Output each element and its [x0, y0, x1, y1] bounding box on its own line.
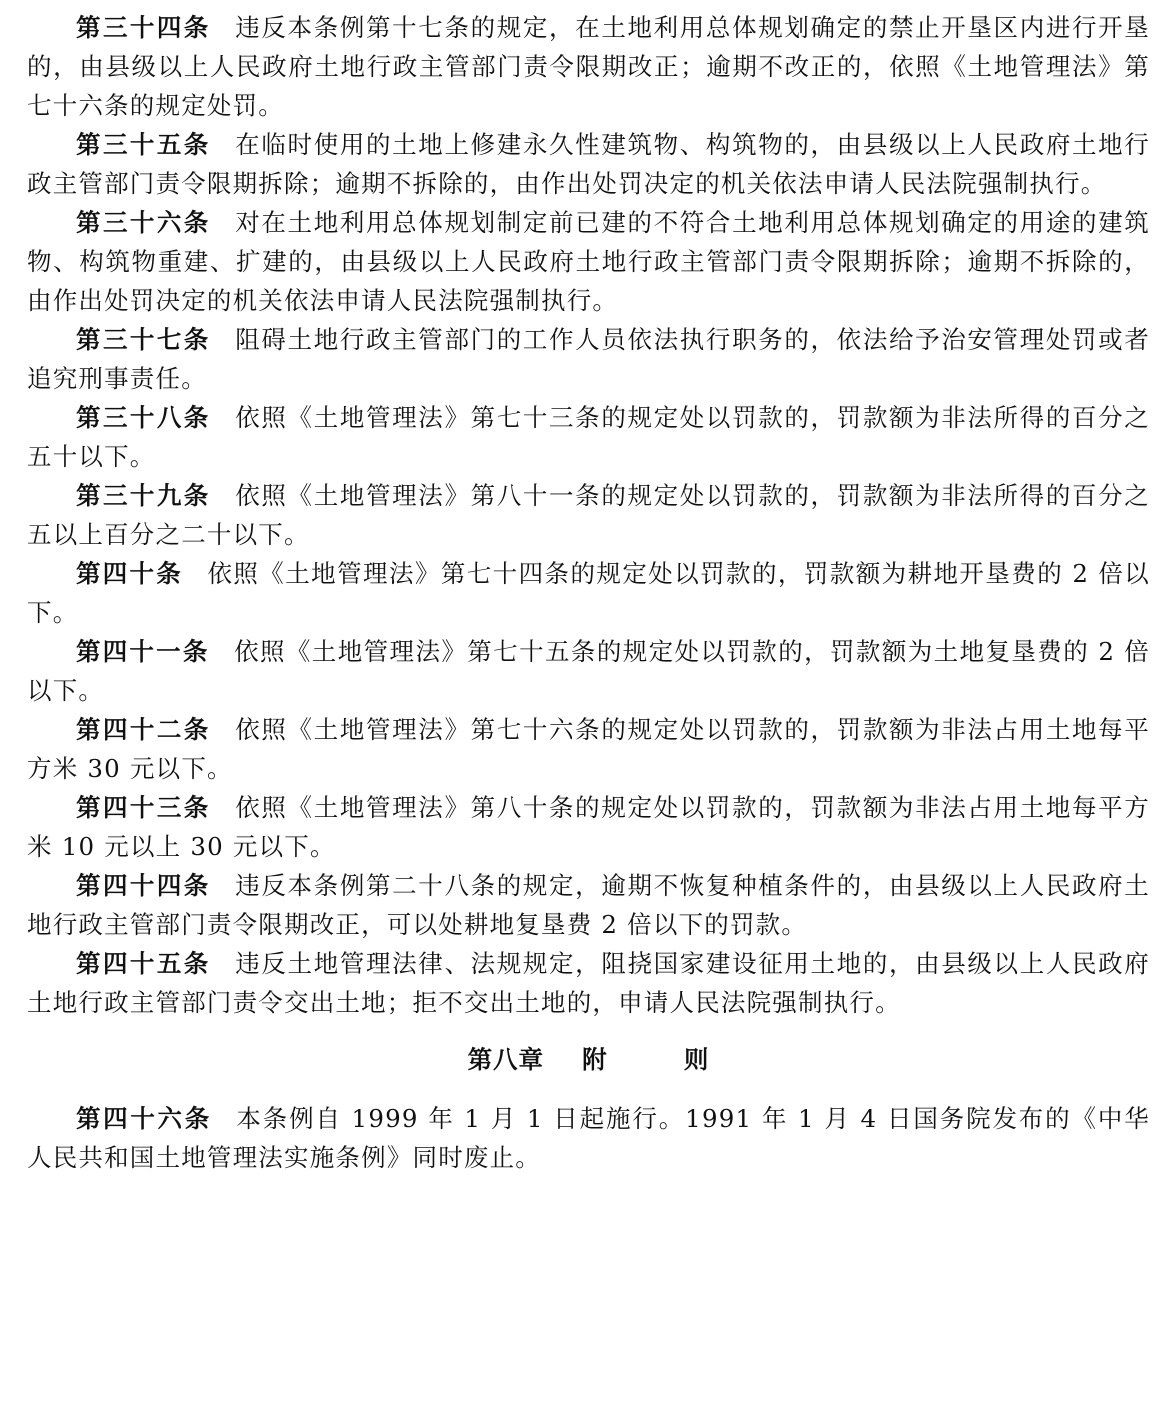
article-number: 第三十九条 [76, 481, 211, 510]
article-44: 第四十四条违反本条例第二十八条的规定，逾期不恢复种植条件的，由县级以上人民政府土… [27, 866, 1150, 944]
article-45: 第四十五条违反土地管理法律、法规规定，阻挠国家建设征用土地的，由县级以上人民政府… [27, 944, 1150, 1022]
article-number: 第四十五条 [76, 949, 211, 978]
article-text: 依照《土地管理法》第七十四条的规定处以罚款的，罚款额为耕地开垦费的 2 倍以下。 [27, 559, 1150, 627]
article-37: 第三十七条阻碍土地行政主管部门的工作人员依法执行职务的，依法给予治安管理处罚或者… [27, 320, 1150, 398]
article-number: 第四十二条 [76, 715, 211, 744]
document-page: 第三十四条违反本条例第十七条的规定，在土地利用总体规划确定的禁止开垦区内进行开垦… [0, 0, 1176, 1177]
article-number: 第三十八条 [76, 403, 211, 432]
article-36: 第三十六条对在土地利用总体规划制定前已建的不符合土地利用总体规划确定的用途的建筑… [27, 203, 1150, 320]
chapter-heading: 第八章 附 则 [27, 1040, 1150, 1079]
article-number: 第四十三条 [76, 793, 211, 822]
article-39: 第三十九条依照《土地管理法》第八十一条的规定处以罚款的，罚款额为非法所得的百分之… [27, 476, 1150, 554]
article-34: 第三十四条违反本条例第十七条的规定，在土地利用总体规划确定的禁止开垦区内进行开垦… [27, 8, 1150, 125]
article-number: 第四十条 [76, 559, 183, 588]
article-43: 第四十三条依照《土地管理法》第八十条的规定处以罚款的，罚款额为非法占用土地每平方… [27, 788, 1150, 866]
article-35: 第三十五条在临时使用的土地上修建永久性建筑物、构筑物的，由县级以上人民政府土地行… [27, 125, 1150, 203]
article-number: 第四十六条 [76, 1104, 212, 1133]
article-number: 第四十四条 [76, 871, 211, 900]
article-number: 第四十一条 [76, 637, 210, 666]
article-40: 第四十条依照《土地管理法》第七十四条的规定处以罚款的，罚款额为耕地开垦费的 2 … [27, 554, 1150, 632]
article-42: 第四十二条依照《土地管理法》第七十六条的规定处以罚款的，罚款额为非法占用土地每平… [27, 710, 1150, 788]
article-38: 第三十八条依照《土地管理法》第七十三条的规定处以罚款的，罚款额为非法所得的百分之… [27, 398, 1150, 476]
article-number: 第三十五条 [76, 130, 211, 159]
article-46: 第四十六条本条例自 1999 年 1 月 1 日起施行。1991 年 1 月 4… [27, 1099, 1150, 1177]
article-number: 第三十七条 [76, 325, 211, 354]
article-41: 第四十一条依照《土地管理法》第七十五条的规定处以罚款的，罚款额为土地复垦费的 2… [27, 632, 1150, 710]
article-number: 第三十六条 [76, 208, 211, 237]
article-number: 第三十四条 [76, 13, 211, 42]
